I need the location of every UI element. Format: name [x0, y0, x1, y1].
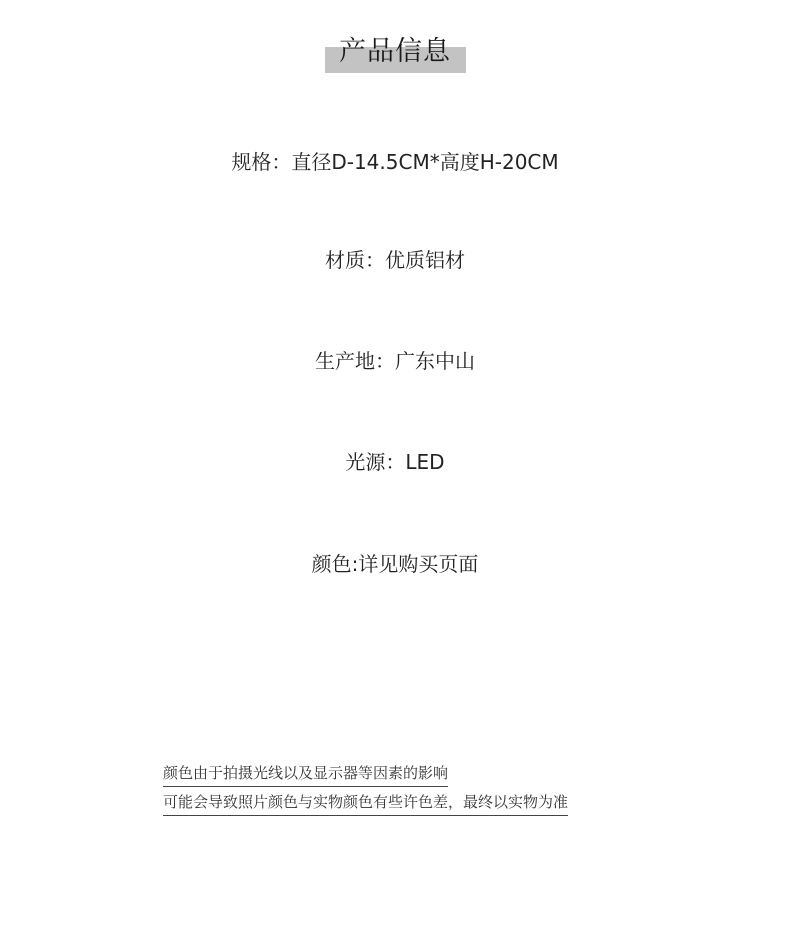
spec-material: 材质：优质铝材 [0, 247, 790, 273]
spec-light-source: 光源：LED [0, 449, 790, 475]
page-title: 产品信息 [0, 34, 790, 70]
color-disclaimer: 颜色由于拍摄光线以及显示器等因素的影响 可能会导致照片颜色与实物颜色有些许色差，… [163, 762, 568, 820]
section-title: 产品信息 [0, 34, 790, 74]
disclaimer-line-1: 颜色由于拍摄光线以及显示器等因素的影响 [163, 762, 448, 787]
spec-origin: 生产地：广东中山 [0, 348, 790, 374]
spec-color: 颜色:详见购买页面 [0, 551, 790, 577]
spec-size: 规格：直径D-14.5CM*高度H-20CM [0, 149, 790, 175]
disclaimer-line-2: 可能会导致照片颜色与实物颜色有些许色差，最终以实物为准 [163, 791, 568, 816]
